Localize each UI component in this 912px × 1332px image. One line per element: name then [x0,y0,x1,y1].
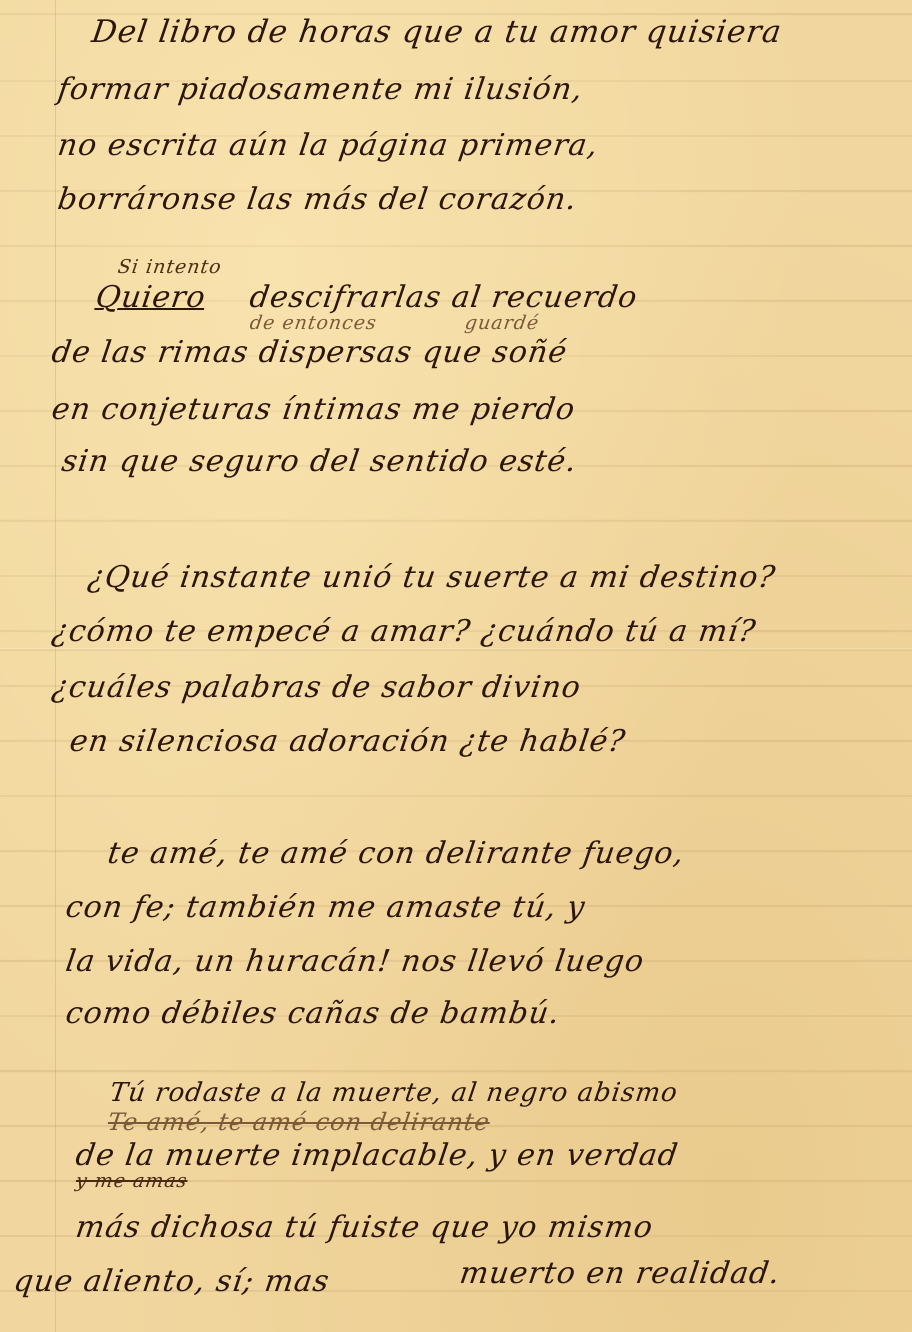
struck-y-me-amas: y me amas [74,1170,189,1192]
stanza1-line2: formar piadosamente mi ilusión, [56,72,586,107]
correction-guarde: guardé [463,312,540,334]
stanza1-line4: borráronse las más del corazón. [56,182,580,217]
stanza3-line4: en silenciosa adoración ¿te hablé? [68,724,628,759]
stanza2-line2: de las rimas dispersas que soñé [50,335,570,370]
stanza2-line4: sin que seguro del sentido esté. [60,444,580,479]
stanza3-line2: ¿cómo te empecé a amar? ¿cuándo tú a mí? [50,614,759,649]
stanza3-line3: ¿cuáles palabras de sabor divino [50,670,584,705]
margin-rule [55,0,56,1332]
correction-de-entonces: de entonces [248,312,378,334]
correction-si-intento: Si intento [116,256,223,278]
manuscript-page: Del libro de horas que a tu amor quisier… [0,0,912,1332]
stanza5-line4-part2: muerto en realidad. [458,1256,783,1291]
stanza4-line3: la vida, un huracán! nos llevó luego [64,944,647,979]
stanza5-line3: más dichosa tú fuiste que yo mismo [74,1210,656,1245]
stanza4-line2: con fe; también me amaste tú, y [64,890,588,925]
stanza1-line3: no escrita aún la página primera, [56,128,601,163]
struck-word-quiero: Quiero [94,280,209,315]
stanza1-line1: Del libro de horas que a tu amor quisier… [89,14,784,50]
stanza4-line4: como débiles cañas de bambú. [64,996,563,1031]
struck-line-te-ame: Te amé, te amé con delirante [106,1108,492,1136]
stanza4-line1: te amé, te amé con delirante fuego, [106,836,687,871]
stanza5-line1: Tú rodaste a la muerte, al negro abismo [108,1078,680,1108]
stanza5-line2: de la muerte implacable, y en verdad [74,1138,681,1173]
stanza2-line3: en conjeturas íntimas me pierdo [50,392,578,427]
stanza3-line1: ¿Qué instante unió tu suerte a mi destin… [86,560,779,595]
stanza5-line4-part1: que aliento, sí; mas [12,1264,332,1299]
stanza2-line1: descifrarlas al recuerdo [248,280,640,315]
